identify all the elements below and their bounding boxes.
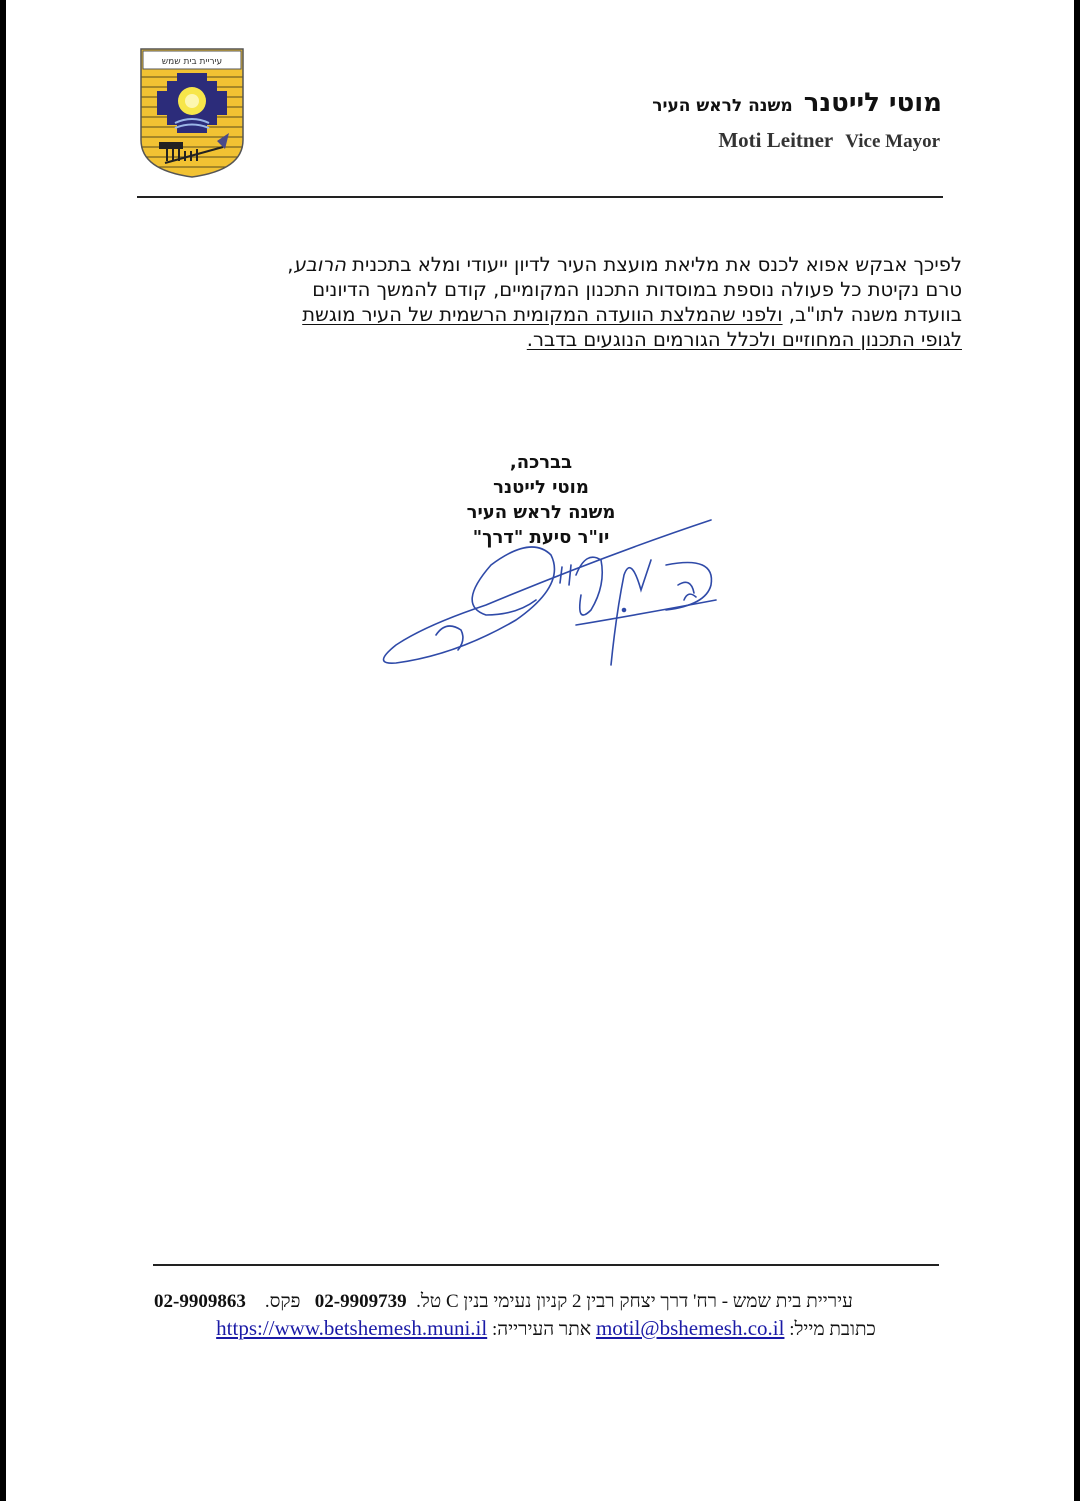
- fax-label: פקס.: [265, 1291, 301, 1312]
- website-label: אתר העירייה:: [492, 1319, 591, 1340]
- official-name-english: Moti Leitner: [718, 128, 833, 152]
- svg-text:עיריית בית שמש: עיריית בית שמש: [162, 57, 222, 67]
- footer-address: עיריית בית שמש - רח' דרך יצחק רבין 2 קני…: [446, 1291, 853, 1312]
- official-name-hebrew: מוטי לייטנר: [804, 88, 942, 118]
- website-link[interactable]: https://www.betshemesh.muni.il: [216, 1316, 487, 1340]
- header-divider: [137, 196, 943, 198]
- email-link[interactable]: motil@bshemesh.co.il: [596, 1316, 785, 1340]
- bet-shemesh-coat-of-arms-icon: עיריית בית שמש: [137, 45, 247, 180]
- tel-number: 02-9909739: [315, 1291, 407, 1312]
- email-label: כתובת מייל:: [789, 1319, 876, 1340]
- body-line-4: לגופי התכנון המחוזיים ולכלל הגורמים הנוג…: [140, 327, 962, 352]
- plan-name: הרובע: [293, 253, 346, 276]
- footer-contact-line: עיריית בית שמש - רח' דרך יצחק רבין 2 קני…: [154, 1290, 938, 1314]
- letter-page: עיריית בית שמש מוטי לייטנר משנה לראש העי…: [6, 0, 1074, 1501]
- footer-links-line: כתובת מייל: motil@bshemesh.co.il אתר העי…: [154, 1316, 938, 1342]
- letterhead-footer: עיריית בית שמש - רח' דרך יצחק רבין 2 קני…: [154, 1290, 938, 1342]
- body-line-2: טרם נקיטת כל פעולה נוספת במוסדות התכנון …: [140, 277, 962, 302]
- body-line-1: לפיכך אבקש אפוא לכנס את מליאת מועצת העיר…: [140, 252, 962, 277]
- header-hebrew: מוטי לייטנר משנה לראש העיר: [652, 88, 942, 118]
- closing-greeting: בברכה,: [426, 450, 656, 475]
- official-title-hebrew: משנה לראש העיר: [652, 96, 792, 116]
- official-title-english: Vice Mayor: [845, 131, 940, 152]
- underlined-request: ולפני שהמלצת הוועדה המקומית הרשמית של הע…: [302, 303, 782, 326]
- body-line-3: בוועדת משנה לתו"ב, ולפני שהמלצת הוועדה ה…: [140, 302, 962, 327]
- handwritten-signature-icon: [366, 515, 726, 675]
- fax-number: 02-9909863: [154, 1291, 246, 1312]
- tel-label: טל.: [416, 1291, 441, 1312]
- signer-name: מוטי לייטנר: [426, 475, 656, 500]
- footer-divider: [153, 1264, 939, 1266]
- letter-body: לפיכך אבקש אפוא לכנס את מליאת מועצת העיר…: [140, 252, 962, 352]
- header-english: Moti Leitner Vice Mayor: [718, 128, 940, 153]
